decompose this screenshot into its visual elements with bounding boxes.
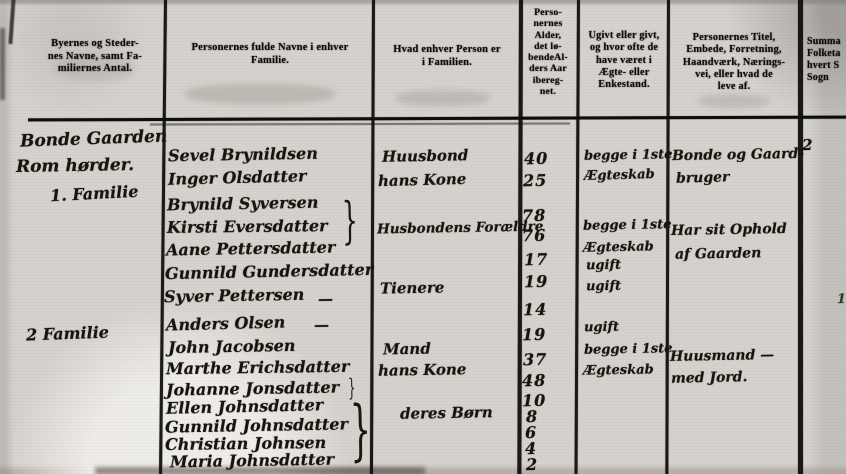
- role-foraeldre: Husbondens Forældre: [377, 219, 544, 238]
- summa-edge-mark: 1: [837, 292, 846, 307]
- age-row-1: 40: [524, 149, 549, 168]
- ink-bleed-ghost-3: [698, 94, 770, 108]
- header-line: hvert S: [807, 60, 846, 72]
- age-row-3: 78: [522, 206, 547, 225]
- age-row-9: 37: [523, 350, 548, 369]
- header-col-age: Perso- nernes Alder, det lø- bendeAl- de…: [521, 7, 575, 97]
- header-col-names: Personernes fulde Navne i enhver Familie…: [174, 42, 366, 67]
- header-line: Haandværk, Nærings-: [672, 57, 796, 69]
- name-row-10: Marthe Erichsdatter: [166, 357, 350, 379]
- flourish-dash-1: —: [318, 290, 333, 308]
- header-line: Sogn: [807, 72, 846, 84]
- header-line: ders Aar: [521, 63, 575, 74]
- marital-ugift-3: ugift: [584, 320, 619, 336]
- header-line: Folketa: [807, 48, 846, 60]
- header-col-summa: Summa Folketa hvert S Sogn: [807, 36, 846, 84]
- name-row-6: Gunnild Gundersdatter: [165, 260, 374, 283]
- header-line: Personernes Titel,: [672, 32, 796, 44]
- column-divider-5: [665, 0, 670, 474]
- header-line: Ugivt eller givt,: [582, 30, 666, 42]
- marital-3b: Ægteskab: [583, 362, 654, 378]
- name-row-5: Aane Pettersdatter: [166, 238, 336, 260]
- role-huusbond: Huusbond: [382, 146, 469, 166]
- age-row-7: 14: [523, 300, 548, 319]
- scan-edge-left: [0, 28, 5, 100]
- marital-1a: begge i 1ste: [584, 147, 673, 164]
- farm-name-line-2: Rom hørder.: [16, 155, 134, 177]
- header-line: Hvad enhver Person er: [382, 44, 512, 57]
- marital-3a: begge i 1ste: [584, 341, 673, 358]
- header-line: Perso-: [521, 7, 575, 18]
- role-deres-boern: deres Børn: [400, 403, 493, 423]
- header-line: i Familien.: [382, 57, 512, 70]
- census-scan-page: Byernes og Steder- nes Navne, samt Fa- m…: [0, 0, 846, 474]
- group-brace-children: }: [349, 397, 371, 464]
- header-line: nernes: [521, 18, 575, 29]
- header-bottom-rule: [28, 116, 846, 122]
- age-row-6: 19: [524, 272, 549, 291]
- age-row-15: 2: [526, 455, 538, 474]
- name-row-4: Kirsti Eversdatter: [167, 216, 328, 237]
- header-line: nes Navne, samt Fa-: [28, 51, 162, 64]
- header-col-farm: Byernes og Steder- nes Navne, samt Fa- m…: [28, 38, 162, 76]
- marital-ugift-1: ugift: [586, 258, 621, 274]
- name-row-3: Brynild Syversen: [167, 193, 319, 215]
- name-row-2: Inger Olsdatter: [168, 166, 307, 188]
- column-divider-2: [370, 0, 375, 474]
- role-hans-kone-2: hans Kone: [378, 360, 467, 380]
- header-line: net.: [521, 86, 575, 97]
- header-line: Ægte- eller: [582, 67, 666, 79]
- header-col-marital: Ugivt eller givt, og hvor ofte de have v…: [582, 30, 666, 92]
- header-line: leve af.: [672, 81, 796, 93]
- header-line: og hvor ofte de: [582, 42, 666, 54]
- name-row-8: Anders Olsen: [166, 312, 286, 334]
- marital-ugift-2: ugift: [586, 279, 621, 295]
- header-line: Embede, Forretning,: [672, 44, 796, 56]
- column-divider-4: [574, 0, 580, 474]
- header-line: vei, eller hvad de: [672, 69, 796, 81]
- occupation-1b: bruger: [676, 169, 730, 186]
- occupation-3a: Huusmand —: [670, 347, 774, 365]
- group-brace-parents: }: [342, 195, 359, 246]
- flourish-dash-2: —: [314, 316, 329, 334]
- occupation-1a: Bonde og Gaard-: [672, 146, 804, 164]
- role-tienere: Tienere: [380, 278, 445, 297]
- ink-bleed-ghost-2: [395, 90, 490, 106]
- column-divider-6: [798, 0, 803, 474]
- farm-name-line-1: Bonde Gaarden: [20, 126, 168, 151]
- age-row-10: 48: [522, 371, 547, 390]
- header-line: miliernes Antal.: [28, 63, 162, 76]
- marital-1b: Ægteskab: [584, 167, 655, 184]
- occupation-3b: med Jord.: [671, 369, 748, 387]
- age-row-8: 19: [522, 325, 547, 344]
- name-row-1: Sevel Brynildsen: [168, 144, 318, 166]
- header-line: Personernes fulde Navne i enhver: [174, 42, 366, 55]
- header-col-occupation: Personernes Titel, Embede, Forretning, H…: [672, 32, 796, 94]
- age-row-4: 76: [522, 226, 547, 245]
- header-line: bendeAl-: [521, 52, 575, 63]
- occupation-2a: Har sit Ophold: [671, 221, 787, 239]
- header-bottom-rule-2: [150, 122, 570, 125]
- name-row-15: Maria Johnsdatter: [170, 450, 334, 472]
- header-line: det lø-: [521, 41, 575, 52]
- header-line: Alder,: [521, 30, 575, 41]
- ink-bleed-ghost-1: [185, 84, 335, 104]
- header-line: Byernes og Steder-: [28, 38, 162, 51]
- header-line: Familie.: [174, 55, 366, 68]
- header-line: have været i: [582, 55, 666, 67]
- name-row-9: John Jacobsen: [168, 336, 296, 357]
- family-2-label: 2 Familie: [26, 323, 110, 345]
- marital-2b: Ægteskab: [583, 239, 654, 255]
- header-col-role: Hvad enhver Person er i Familien.: [382, 44, 512, 69]
- role-mand: Mand: [383, 340, 431, 359]
- header-line: Enkestand.: [582, 79, 666, 91]
- role-hans-kone-1: hans Kone: [378, 170, 467, 190]
- age-row-5: 17: [524, 250, 549, 269]
- header-line: ibereg-: [521, 75, 575, 86]
- age-row-2: 25: [523, 171, 548, 190]
- occupation-2b: af Gaarden: [675, 245, 762, 263]
- name-row-7: Syver Pettersen: [164, 285, 305, 306]
- header-line: Summa: [807, 36, 846, 48]
- marital-2a: begge i 1ste: [583, 217, 672, 234]
- family-1-label: 1. Familie: [50, 182, 139, 206]
- scan-mark-top-left: [8, 0, 15, 44]
- summa-family-count: 2: [802, 136, 813, 154]
